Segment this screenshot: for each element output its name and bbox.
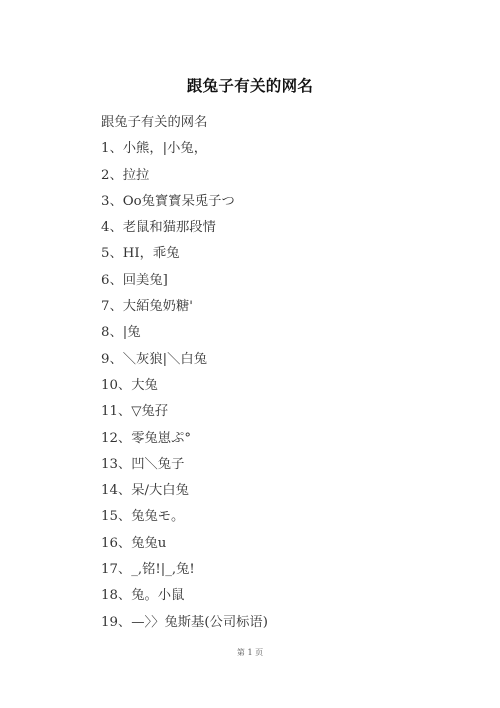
item-number: 12、 xyxy=(101,431,131,446)
item-text: 兔。小鼠 xyxy=(131,588,184,603)
list-item: 4、老鼠和猫那段情 xyxy=(101,218,421,244)
item-text: 小熊，|小兔， xyxy=(123,141,207,156)
item-text: 大絔兔奶糖' xyxy=(123,299,193,314)
item-number: 7、 xyxy=(101,299,123,314)
item-number: 18、 xyxy=(101,588,131,603)
item-number: 6、 xyxy=(101,273,123,288)
list-item: 16、兔兔u xyxy=(101,534,421,560)
list-item: 10、大兔 xyxy=(101,376,421,402)
item-text: 大兔 xyxy=(131,378,158,393)
list-item: 6、回美兔] xyxy=(101,271,421,297)
list-item: 2、拉拉 xyxy=(101,166,421,192)
item-number: 5、 xyxy=(101,246,123,261)
item-text: ▽兔孖 xyxy=(131,404,168,419)
page-number: 第 1 页 xyxy=(0,647,500,658)
item-number: 2、 xyxy=(101,168,123,183)
subtitle: 跟兔子有关的网名 xyxy=(101,113,421,139)
item-number: 17、 xyxy=(101,562,131,577)
item-text: 兔兔u xyxy=(131,536,166,551)
item-number: 10、 xyxy=(101,378,131,393)
item-number: 16、 xyxy=(101,536,131,551)
item-text: 呆/大白兔 xyxy=(131,483,189,498)
item-number: 4、 xyxy=(101,220,123,235)
item-text: Oo兔寳寳呆兎子つ xyxy=(123,194,235,209)
item-number: 15、 xyxy=(101,509,131,524)
item-number: 13、 xyxy=(101,457,131,472)
item-number: 1、 xyxy=(101,141,123,156)
item-text: 老鼠和猫那段情 xyxy=(123,220,216,235)
list-item: 8、|兔 xyxy=(101,323,421,349)
list-item: 11、▽兔孖 xyxy=(101,402,421,428)
item-number: 8、 xyxy=(101,325,123,340)
list-item: 14、呆/大白兔 xyxy=(101,481,421,507)
item-text: ＼灰狼|＼白兔 xyxy=(123,352,207,367)
list-item: 9、＼灰狼|＼白兔 xyxy=(101,350,421,376)
item-text: HI，乖兔 xyxy=(123,246,180,261)
list-item: 15、兔兔モ。 xyxy=(101,507,421,533)
item-text: _,铭!|_,兔! xyxy=(131,562,195,577)
item-text: 回美兔] xyxy=(123,273,168,288)
list-item: 5、HI，乖兔 xyxy=(101,244,421,270)
list-item: 13、凹＼兔子 xyxy=(101,455,421,481)
item-text: 零兔崽ぷ° xyxy=(131,431,191,446)
document-body: 跟兔子有关的网名 1、小熊，|小兔， 2、拉拉 3、Oo兔寳寳呆兎子つ 4、老鼠… xyxy=(101,113,421,639)
item-number: 3、 xyxy=(101,194,123,209)
list-item: 18、兔。小鼠 xyxy=(101,586,421,612)
item-text: |兔 xyxy=(123,325,141,340)
item-number: 19、 xyxy=(101,615,131,630)
item-text: 凹＼兔子 xyxy=(131,457,184,472)
list-item: 19、—〉〉兔斯基(公司标语) xyxy=(101,613,421,639)
item-text: 拉拉 xyxy=(123,168,150,183)
list-item: 1、小熊，|小兔， xyxy=(101,139,421,165)
list-item: 7、大絔兔奶糖' xyxy=(101,297,421,323)
document-title: 跟兔子有关的网名 xyxy=(0,74,500,96)
list-item: 3、Oo兔寳寳呆兎子つ xyxy=(101,192,421,218)
item-number: 9、 xyxy=(101,352,123,367)
item-text: 兔兔モ。 xyxy=(131,509,184,524)
list-item: 17、_,铭!|_,兔! xyxy=(101,560,421,586)
item-number: 11、 xyxy=(101,404,131,419)
item-text: —〉〉兔斯基(公司标语) xyxy=(131,615,268,630)
document-page: 跟兔子有关的网名 跟兔子有关的网名 1、小熊，|小兔， 2、拉拉 3、Oo兔寳寳… xyxy=(0,0,500,708)
list-item: 12、零兔崽ぷ° xyxy=(101,429,421,455)
item-number: 14、 xyxy=(101,483,131,498)
